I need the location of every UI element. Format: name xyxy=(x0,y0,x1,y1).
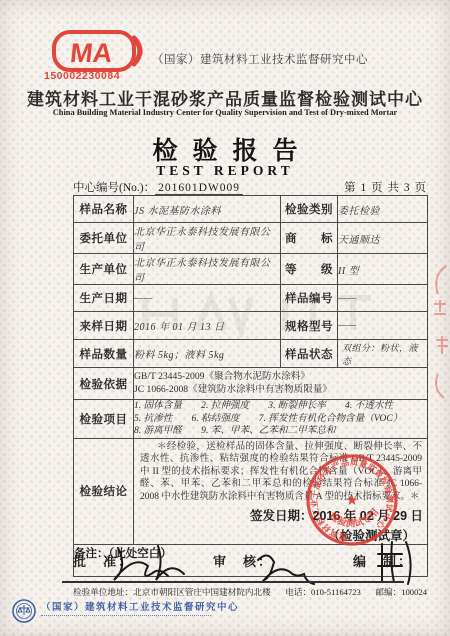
test-category-label: 检验类别 xyxy=(281,196,338,223)
sample-name-label: 样品名称 xyxy=(74,196,134,223)
cma-certificate-number: 150002230084 xyxy=(44,70,120,82)
sample-state-value: 双组分：粉状，液态 xyxy=(338,340,428,368)
table-row-items: 检验项目 1. 固体含量 2. 拉伸强度 3. 断裂伸长率 4. 不透水性 5.… xyxy=(74,400,428,439)
items-line-2: 5. 抗渗性 6. 粘结强度 7. 挥发性有机化合物含量（VOC） xyxy=(134,413,427,426)
client-value: 北京华正永泰科技发展有限公司 xyxy=(134,223,281,254)
lab-zip: 邮编：100024 xyxy=(375,586,427,598)
table-row: 生产单位 北京华正永泰科技发展有限公司 等 级 II 型 xyxy=(74,254,428,285)
trademark-value: 天通顺达 xyxy=(338,223,428,254)
grade-value: II 型 xyxy=(338,254,428,285)
cma-mark-icon: MA xyxy=(50,28,150,74)
table-row-basis: 检验依据 GB/T 23445-2009《聚合物水泥防水涂料》 JC 1066-… xyxy=(74,368,428,400)
sampling-date-label: 来样日期 xyxy=(74,312,134,340)
grade-label: 等 级 xyxy=(281,254,338,285)
report-title-en: TEST REPORT xyxy=(0,163,450,179)
footer-org-text-block: （国家）建筑材料工业技术监督研究中心 xyxy=(41,599,239,619)
seal-star-icon: ★ xyxy=(345,493,358,509)
signature-row: 批 准： 审 核： 编 制： xyxy=(73,551,413,570)
test-basis-label: 检验依据 xyxy=(74,368,134,400)
lab-address: 检验单位地址：北京市朝阳区管庄中国建材院内北楼 xyxy=(73,586,271,598)
footer-org-logo-block: （国家）建筑材料工业技术监督研究中心 xyxy=(12,599,239,623)
cma-mark-letters: MA xyxy=(69,37,114,68)
lab-phone: 电话：010-51164723 xyxy=(285,586,361,598)
test-category-value: 委托检验 xyxy=(338,196,428,223)
page-indicator: 第 1 页 共 3 页 xyxy=(344,179,427,195)
sample-state-label: 样品状态 xyxy=(281,340,338,368)
footer-org-name-en-line xyxy=(41,615,211,619)
approver-label: 批 准： xyxy=(73,551,133,570)
table-row: 委托单位 北京华正永泰科技发展有限公司 商 标 天通顺达 xyxy=(74,223,428,254)
test-items-label: 检验项目 xyxy=(74,400,134,439)
conclusion-label: 检验结论 xyxy=(74,438,134,545)
client-label: 委托单位 xyxy=(74,223,134,254)
manufacturer-value: 北京华正永泰科技发展有限公司 xyxy=(134,254,281,285)
table-row: 样品名称 JS 水泥基防水涂料 检验类别 委托检验 xyxy=(74,196,428,223)
center-number-value: 201601DW009 xyxy=(155,182,243,195)
center-number-label: 中心编号(No.)： xyxy=(73,182,155,194)
test-seal-icon: 建筑材料工业干混砂浆产品质量监督检验测试中心 ★ 检验测试专用章 xyxy=(303,451,401,549)
basis-line-2: JC 1066-2008《建筑防水涂料中有害物质限量》 xyxy=(134,384,427,397)
reference-row: 中心编号(No.)：201601DW009 第 1 页 共 3 页 xyxy=(73,179,427,195)
test-items-value: 1. 固体含量 2. 拉伸强度 3. 断裂伸长率 4. 不透水性 5. 抗渗性 … xyxy=(134,400,428,439)
watermark-artifact xyxy=(135,290,385,338)
footer-org-name: （国家）建筑材料工业技术监督研究中心 xyxy=(41,599,239,613)
items-line-1: 1. 固体含量 2. 拉伸强度 3. 断裂伸长率 4. 不透水性 xyxy=(134,400,427,413)
items-line-3: 8. 游离甲醛 9. 苯、甲苯、乙苯和二甲苯总和 xyxy=(134,425,427,438)
manufacturer-label: 生产单位 xyxy=(74,254,134,285)
center-number: 中心编号(No.)：201601DW009 xyxy=(73,179,243,195)
center-name-en: China Building Material Industry Center … xyxy=(0,108,450,117)
parent-org-name: （国家）建筑材料工业技术监督研究中心 xyxy=(152,51,368,67)
trademark-label: 商 标 xyxy=(281,223,338,254)
edge-stamp-fragment-icon xyxy=(416,262,450,402)
test-basis-value: GB/T 23445-2009《聚合物水泥防水涂料》 JC 1066-2008《… xyxy=(134,368,428,400)
center-name-cn: 建筑材料工业干混砂浆产品质量监督检验测试中心 xyxy=(0,85,450,110)
reviewer-label: 审 核： xyxy=(213,551,273,570)
production-date-label: 生产日期 xyxy=(74,285,134,312)
sample-name-value: JS 水泥基防水涂料 xyxy=(134,196,281,223)
report-title-cn: 检验报告 xyxy=(0,131,450,167)
footer-divider xyxy=(62,581,404,583)
sample-qty-label: 样品数量 xyxy=(74,340,134,368)
basis-line-1: GB/T 23445-2009《聚合物水泥防水涂料》 xyxy=(134,371,427,384)
sample-qty-value: 粉料 5kg；液料 5kg xyxy=(134,340,281,368)
preparer-label: 编 制： xyxy=(353,551,413,570)
test-report-page: MA 150002230084 （国家）建筑材料工业技术监督研究中心 建筑材料工… xyxy=(0,0,450,636)
footer-org-logo-icon xyxy=(12,599,36,623)
footer-contact-row: 检验单位地址：北京市朝阳区管庄中国建材院内北楼 电话：010-51164723 … xyxy=(73,586,427,598)
table-row: 样品数量 粉料 5kg；液料 5kg 样品状态 双组分：粉状，液态 xyxy=(74,340,428,368)
